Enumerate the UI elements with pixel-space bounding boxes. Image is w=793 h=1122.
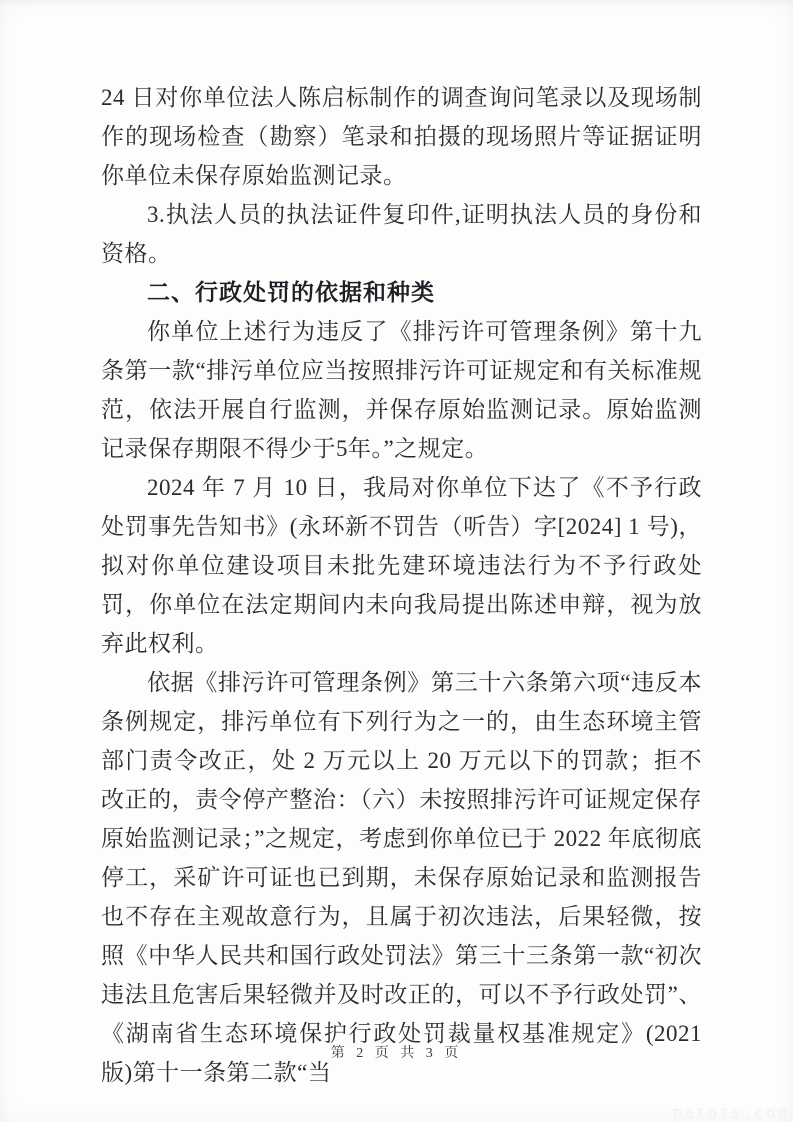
document-body: 24 日对你单位法人陈启标制作的调查询问笔录以及现场制作的现场检查（勘察）笔录和… bbox=[101, 78, 702, 1092]
section-heading: 二、行政处罚的依据和种类 bbox=[101, 273, 702, 312]
watermark: patots.com bbox=[673, 1103, 789, 1122]
body-paragraph: 依据《排污许可管理条例》第三十六条第六项“违反本条例规定，排污单位有下列行为之一… bbox=[101, 663, 702, 1092]
scanned-document-page: 24 日对你单位法人陈启标制作的调查询问笔录以及现场制作的现场检查（勘察）笔录和… bbox=[0, 0, 793, 1122]
body-paragraph: 3.执法人员的执法证件复印件,证明执法人员的身份和资格。 bbox=[101, 195, 702, 273]
page-number: 第 2 页 共 3 页 bbox=[0, 1042, 793, 1062]
body-paragraph: 你单位上述行为违反了《排污许可管理条例》第十九条第一款“排污单位应当按照排污许可… bbox=[101, 312, 702, 468]
body-paragraph: 2024 年 7 月 10 日，我局对你单位下达了《不予行政处罚事先告知书》(永… bbox=[101, 468, 702, 663]
body-paragraph: 24 日对你单位法人陈启标制作的调查询问笔录以及现场制作的现场检查（勘察）笔录和… bbox=[101, 78, 702, 195]
